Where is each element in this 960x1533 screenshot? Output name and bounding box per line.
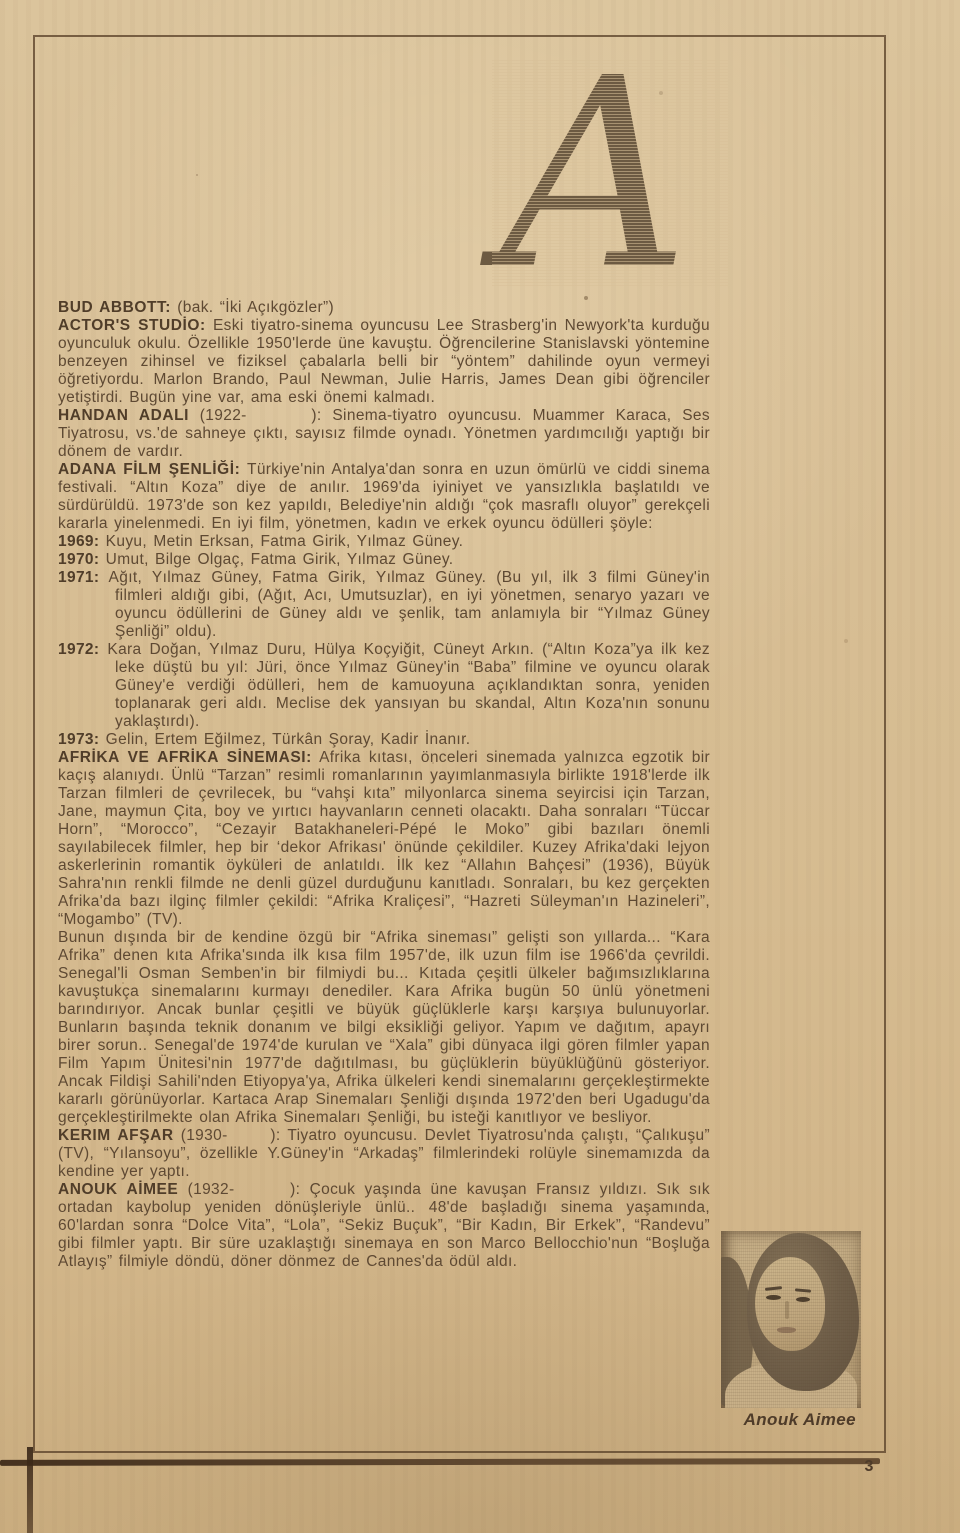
award-year: 1969: [58,533,99,550]
award-row-1973: 1973: Gelin, Ertem Eğilmez, Türkân Şoray… [58,731,710,749]
entry-term: ANOUK AİMEE [58,1181,178,1198]
award-text: Kuyu, Metin Erksan, Fatma Girik, Yılmaz … [106,533,464,550]
entry-text: Bunun dışında bir de kendine özgü bir “A… [58,929,710,1126]
entry-term: BUD ABBOTT: [58,299,171,316]
award-text: Umut, Bilge Olgaç, Fatma Girik, Yılmaz G… [106,551,454,568]
scan-artifact-left-edge [27,1447,33,1533]
entry-text: Afrika kıtası, önceleri sinemada yalnızc… [58,749,710,928]
paper-specks [0,0,2,2]
entry-afrika-sinemasi: AFRİKA VE AFRİKA SİNEMASI: Afrika kıtası… [58,749,710,929]
anouk-aimee-photo [721,1231,861,1408]
entry-term: ADANA FİLM ŞENLİĞİ: [58,461,240,478]
award-year: 1972: [58,641,99,658]
page-number: 3 [856,1458,882,1476]
entry-handan-adali: HANDAN ADALI (1922- ): Sinema-tiyatro oy… [58,407,710,461]
scan-artifact-bottom-line [0,1458,880,1466]
award-year: 1970: [58,551,99,568]
entry-text: (bak. “İki Açıkgözler”) [177,299,334,316]
entry-anouk-aimee: ANOUK AİMEE (1932- ): Çocuk yaşında üne … [58,1181,710,1271]
entry-term: HANDAN ADALI [58,407,189,424]
entry-term: AFRİKA VE AFRİKA SİNEMASI: [58,749,312,766]
entry-actors-studio: ACTOR'S STUDİO: Eski tiyatro-sinema oyun… [58,317,710,407]
entry-afrika-sinemasi-devam: Bunun dışında bir de kendine özgü bir “A… [58,929,710,1127]
entry-term: ACTOR'S STUDİO: [58,317,206,334]
entry-term: KERIM AFŞAR [58,1127,174,1144]
section-letter: A [500,44,720,306]
entry-kerim-afsar: KERIM AFŞAR (1930- ): Tiyatro oyuncusu. … [58,1127,710,1181]
award-text: Ağıt, Yılmaz Güney, Fatma Girik, Yılmaz … [109,569,710,640]
entry-adana-film-senligi: ADANA FİLM ŞENLİĞİ: Türkiye'nin Antalya'… [58,461,710,533]
adana-awards-list: 1969: Kuyu, Metin Erksan, Fatma Girik, Y… [58,533,710,749]
award-year: 1973: [58,731,99,748]
award-row-1969: 1969: Kuyu, Metin Erksan, Fatma Girik, Y… [58,533,710,551]
award-row-1970: 1970: Umut, Bilge Olgaç, Fatma Girik, Yı… [58,551,710,569]
text-column: BUD ABBOTT: (bak. “İki Açıkgözler”) ACTO… [58,299,710,1271]
entry-bud-abbott: BUD ABBOTT: (bak. “İki Açıkgözler”) [58,299,710,317]
award-row-1971: 1971: Ağıt, Yılmaz Güney, Fatma Girik, Y… [58,569,710,641]
photo-caption: Anouk Aimee [640,1410,856,1430]
halftone-grain-overlay [721,1231,861,1408]
award-text: Gelin, Ertem Eğilmez, Türkân Şoray, Kadi… [106,731,471,748]
award-text: Kara Doğan, Yılmaz Duru, Hülya Koçyiğit,… [107,641,710,730]
award-row-1972: 1972: Kara Doğan, Yılmaz Duru, Hülya Koç… [58,641,710,731]
encyclopedia-page: A BUD ABBOTT: (bak. “İki Açıkgözler”) AC… [0,0,960,1533]
award-year: 1971: [58,569,99,586]
